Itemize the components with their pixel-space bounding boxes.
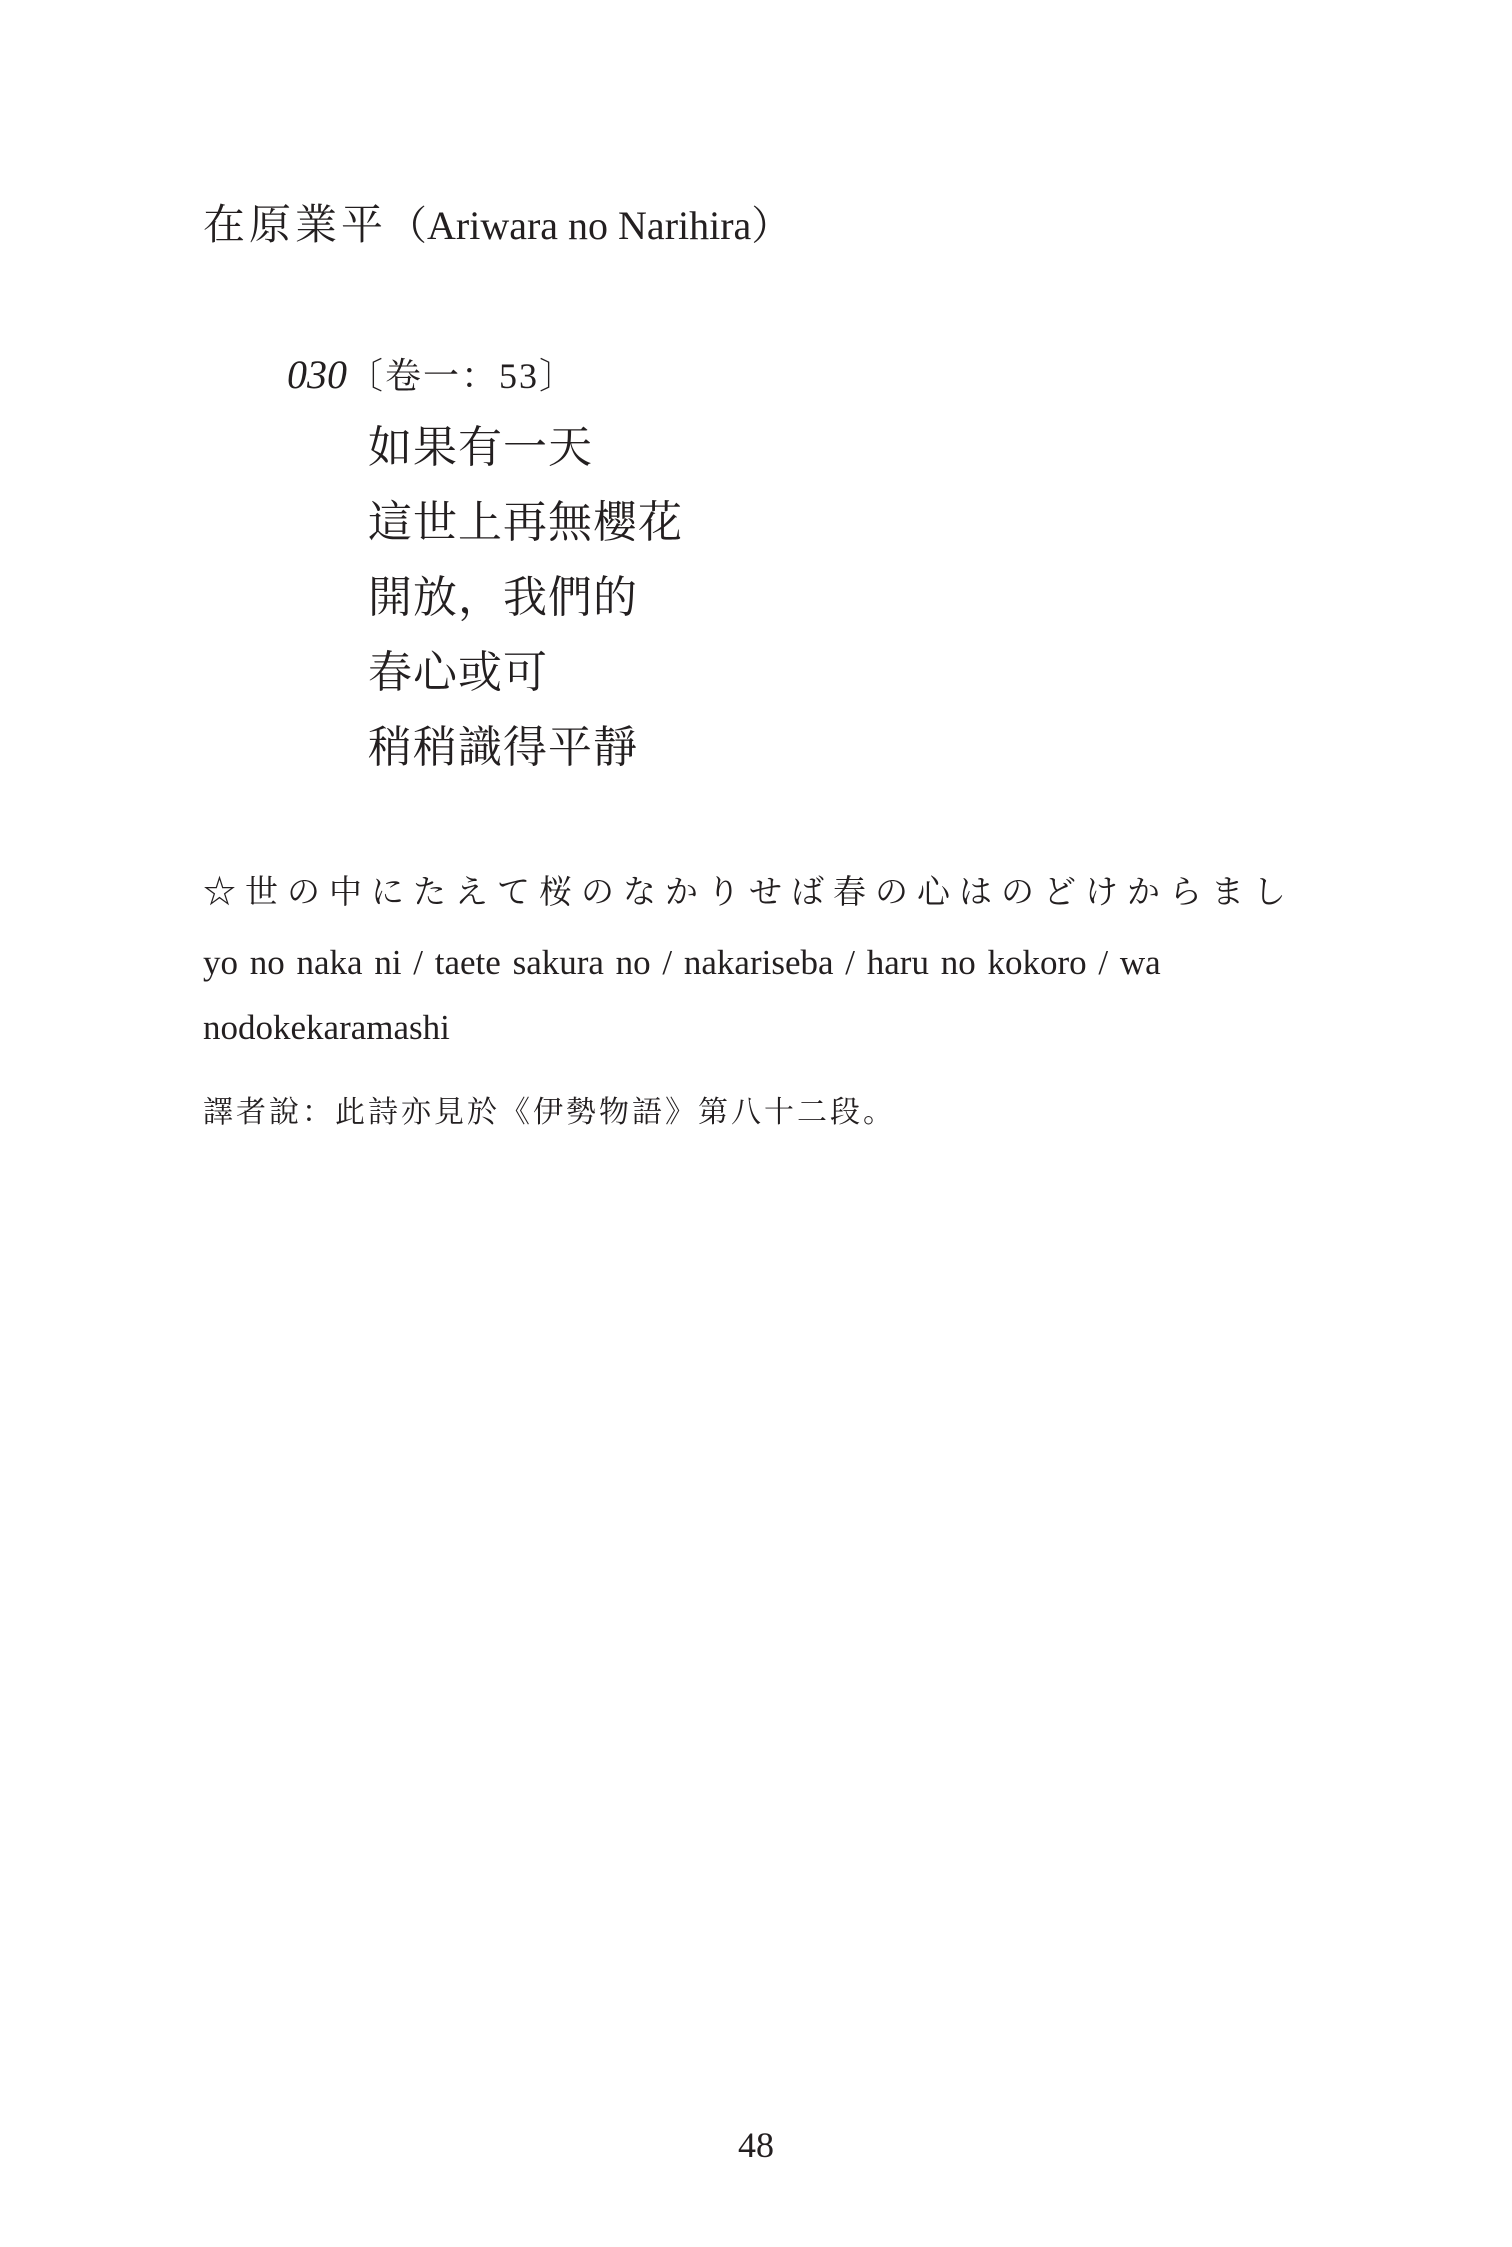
- poem-translation: 如果有一天 這世上再無櫻花 開放，我們的 春心或可 稍稍識得平靜: [368, 418, 683, 793]
- author-name-cjk: 在原業平: [203, 203, 387, 249]
- translator-note: 譯者說：此詩亦見於《伊勢物語》第八十二段。: [203, 1090, 896, 1136]
- poem-line: 如果有一天: [368, 418, 683, 493]
- poem-source: 〔卷一：53〕: [347, 356, 577, 396]
- poem-line: 春心或可: [368, 643, 683, 718]
- page-number: 48: [0, 2120, 1512, 2170]
- author-heading: 在原業平（Ariwara no Narihira）: [203, 196, 791, 256]
- poem-line: 開放，我們的: [368, 568, 683, 643]
- poem-reference: 030〔卷一：53〕: [287, 350, 577, 401]
- romanization: yo no naka ni / taete sakura no / nakari…: [203, 930, 1333, 1060]
- star-icon: ☆: [203, 875, 245, 911]
- poem-number: 030: [287, 352, 347, 397]
- poem-line: 稍稍識得平靜: [368, 718, 683, 793]
- japanese-text: 世の中にたえて桜のなかりせば春の心はのどけからまし: [245, 875, 1295, 911]
- author-name-latin: （Ariwara no Narihira）: [387, 203, 791, 248]
- original-japanese: ☆世の中にたえて桜のなかりせば春の心はのどけからまし: [203, 868, 1295, 918]
- poem-line: 這世上再無櫻花: [368, 493, 683, 568]
